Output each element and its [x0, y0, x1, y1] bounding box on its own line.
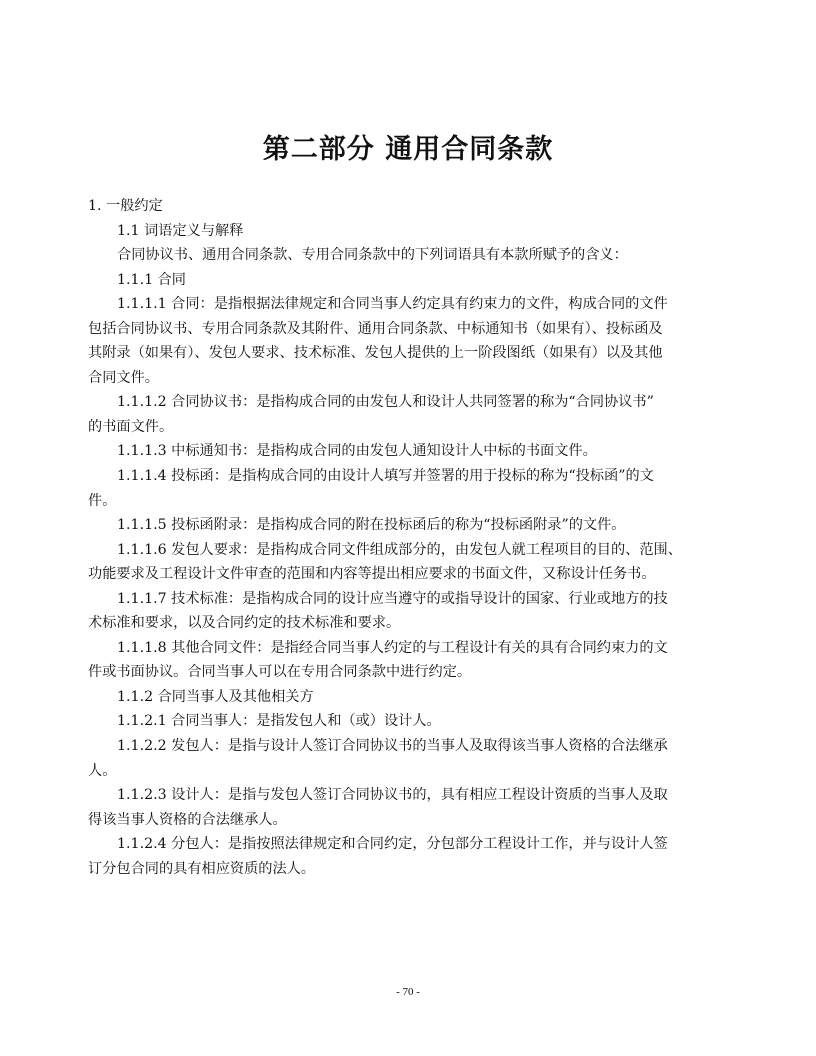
- paragraph-line: 1.1.1.2 合同协议书：是指构成合同的由发包人和设计人共同签署的称为“合同协…: [88, 390, 744, 415]
- paragraph-line: 1.1.1.1 合同：是指根据法律规定和合同当事人约定具有约束力的文件，构成合同…: [88, 292, 744, 317]
- paragraph-line: 件。: [88, 489, 744, 514]
- paragraph-line: 订分包合同的具有相应资质的法人。: [88, 857, 744, 882]
- subsection-heading: 1.1 词语定义与解释: [88, 219, 744, 244]
- paragraph-line: 的书面文件。: [88, 415, 744, 440]
- document-body: 1. 一般约定 1.1 词语定义与解释 合同协议书、通用合同条款、专用合同条款中…: [88, 194, 744, 881]
- paragraph-line: 1.1.1.4 投标函：是指构成合同的由设计人填写并签署的用于投标的称为“投标函…: [88, 464, 744, 489]
- section-heading: 1. 一般约定: [88, 194, 744, 219]
- paragraph-line: 功能要求及工程设计文件审查的范围和内容等提出相应要求的书面文件，又称设计任务书。: [88, 562, 744, 587]
- paragraph-line: 件或书面协议。合同当事人可以在专用合同条款中进行约定。: [88, 660, 744, 685]
- paragraph-line: 人。: [88, 759, 744, 784]
- paragraph-line: 1.1.1.5 投标函附录：是指构成合同的附在投标函后的称为“投标函附录”的文件…: [88, 513, 744, 538]
- page-title: 第二部分 通用合同条款: [0, 132, 816, 168]
- paragraph-line: 1.1.2.1 合同当事人：是指发包人和（或）设计人。: [88, 709, 744, 734]
- paragraph-line: 1.1.1.7 技术标准：是指构成合同的设计应当遵守的或指导设计的国家、行业或地…: [88, 587, 744, 612]
- paragraph-line: 其附录（如果有）、发包人要求、技术标准、发包人提供的上一阶段图纸（如果有）以及其…: [88, 341, 744, 366]
- subsection-heading: 1.1.2 合同当事人及其他相关方: [88, 685, 744, 710]
- paragraph-line: 得该当事人资格的合法继承人。: [88, 808, 744, 833]
- paragraph-line: 1.1.2.4 分包人：是指按照法律规定和合同约定，分包部分工程设计工作，并与设…: [88, 832, 744, 857]
- page-number: - 70 -: [0, 986, 816, 998]
- paragraph-line: 1.1.1.3 中标通知书：是指构成合同的由发包人通知设计人中标的书面文件。: [88, 439, 744, 464]
- paragraph-line: 1.1.2.2 发包人：是指与设计人签订合同协议书的当事人及取得该当事人资格的合…: [88, 734, 744, 759]
- paragraph-line: 术标准和要求，以及合同约定的技术标准和要求。: [88, 611, 744, 636]
- paragraph-line: 合同文件。: [88, 366, 744, 391]
- paragraph-line: 1.1.2.3 设计人：是指与发包人签订合同协议书的，具有相应工程设计资质的当事…: [88, 783, 744, 808]
- paragraph-line: 1.1.1.8 其他合同文件：是指经合同当事人约定的与工程设计有关的具有合同约束…: [88, 636, 744, 661]
- paragraph-line: 合同协议书、通用合同条款、专用合同条款中的下列词语具有本款所赋予的含义：: [88, 243, 744, 268]
- subsection-heading: 1.1.1 合同: [88, 268, 744, 293]
- paragraph-line: 1.1.1.6 发包人要求：是指构成合同文件组成部分的，由发包人就工程项目的目的…: [88, 538, 744, 563]
- paragraph-line: 包括合同协议书、专用合同条款及其附件、通用合同条款、中标通知书（如果有）、投标函…: [88, 317, 744, 342]
